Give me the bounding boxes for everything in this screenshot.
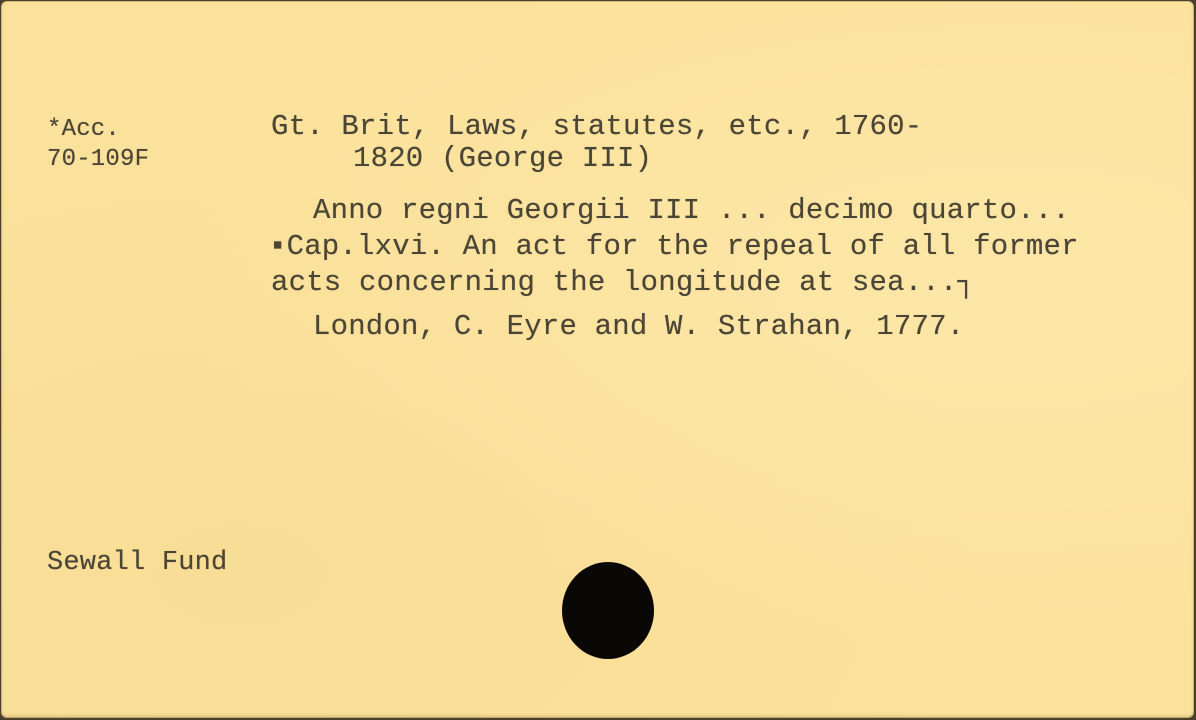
title-line-2: ▪Cap.lxvi. An act for the repeal of all … — [269, 232, 1079, 261]
catalog-card: *Acc. 70-109F Gt. Brit, Laws, statutes, … — [1, 1, 1194, 718]
punch-hole — [562, 562, 654, 659]
call-number-prefix: *Acc. — [47, 118, 120, 142]
title-line-1: Anno regni Georgii III ... decimo quarto… — [313, 196, 1070, 225]
heading-line-2: 1820 (George III) — [353, 144, 652, 173]
fund-note: Sewall Fund — [47, 550, 227, 577]
heading-line-1: Gt. Brit, Laws, statutes, etc., 1760- — [271, 112, 922, 141]
imprint-line: London, C. Eyre and W. Strahan, 1777. — [313, 312, 964, 341]
call-number: 70-109F — [47, 148, 149, 172]
title-line-3: acts concerning the longitude at sea...┐ — [271, 268, 975, 297]
